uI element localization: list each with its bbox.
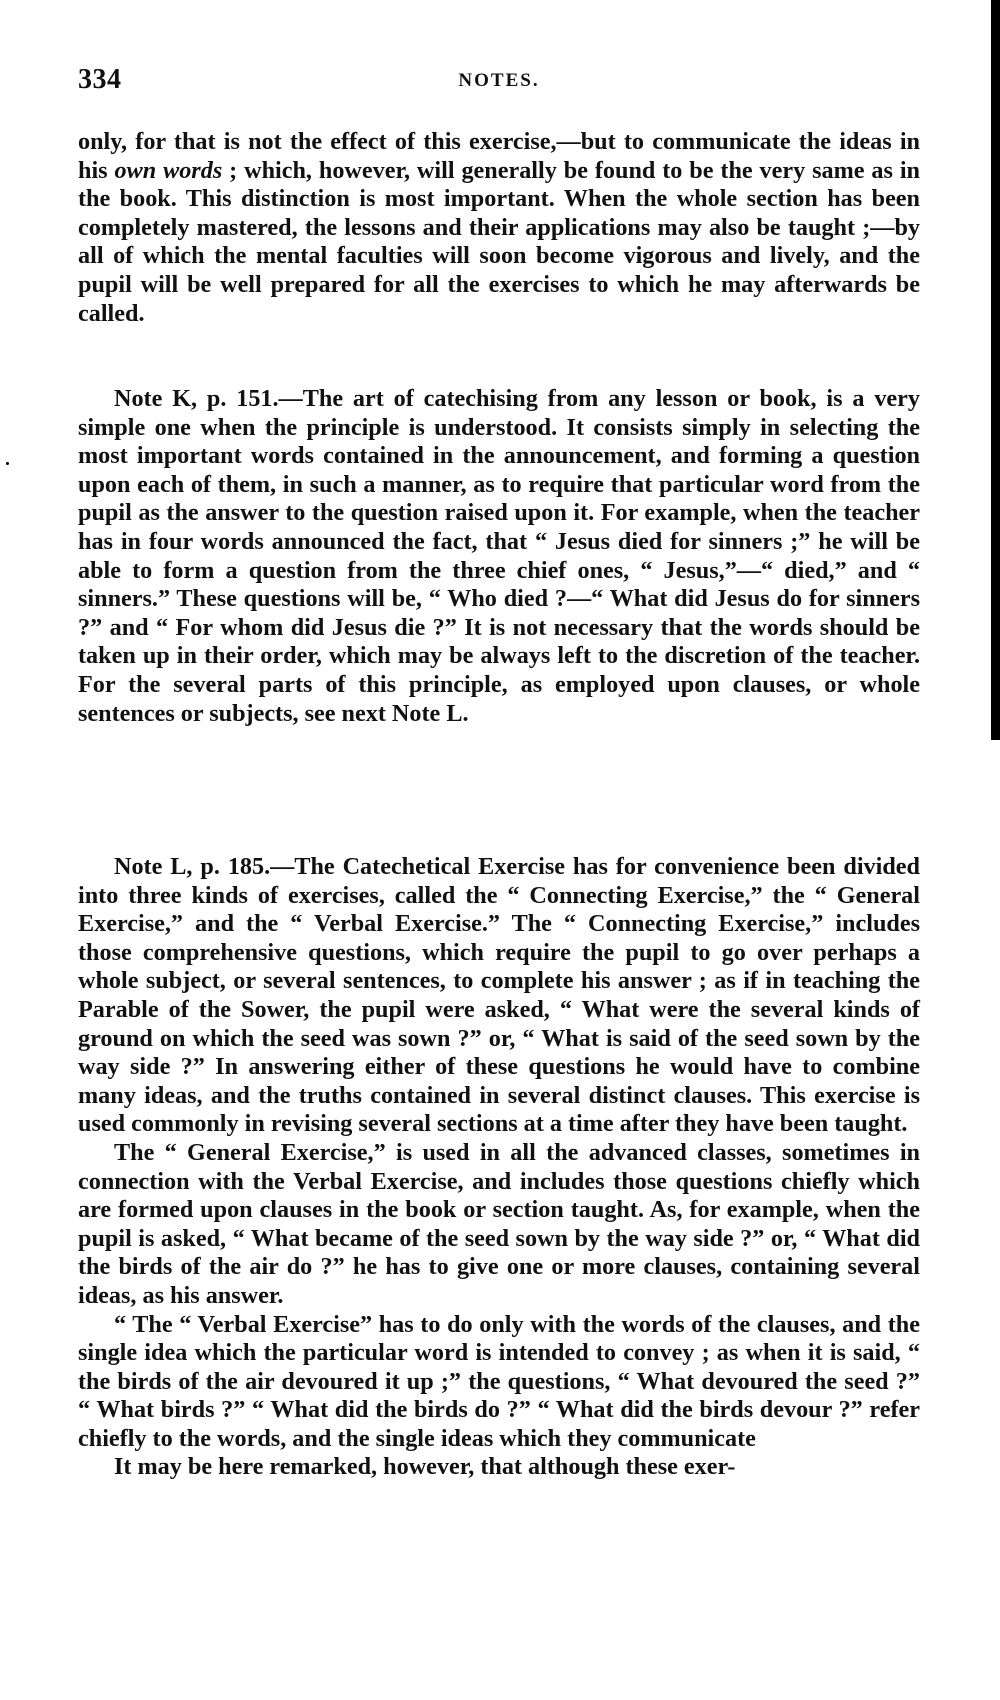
text-run: “ The “ Verbal Exercise” has to do only … [78, 1311, 920, 1452]
paragraph: The “ General Exercise,” is used in all … [78, 1139, 920, 1311]
note-k: Note K, p. 151.—The art of catechising f… [78, 385, 920, 728]
note-l: Note L, p. 185.—The Catechetical Exercis… [78, 853, 920, 1482]
paragraph: Note K, p. 151.—The art of catechising f… [78, 385, 920, 728]
text-run: The “ General Exercise,” is used in all … [78, 1139, 920, 1309]
continuation-paragraph: only, for that is not the effect of this… [78, 128, 920, 328]
scan-speck [6, 462, 9, 465]
page-edge-shadow [991, 0, 1000, 740]
text-run: It may be here remarked, however, that a… [114, 1453, 735, 1480]
text-run: Note L, p. 185.—The Catechetical Exercis… [78, 853, 920, 1137]
text-run: Note K, p. 151.—The art of catechising f… [78, 385, 920, 727]
book-page: 334 NOTES. only, for that is not the eff… [0, 0, 1000, 1700]
running-head: 334 NOTES. [78, 64, 920, 98]
paragraph: It may be here remarked, however, that a… [78, 1453, 920, 1482]
italic-text: own words [115, 157, 223, 184]
running-title: NOTES. [78, 70, 920, 92]
paragraph: Note L, p. 185.—The Catechetical Exercis… [78, 853, 920, 1139]
paragraph: “ The “ Verbal Exercise” has to do only … [78, 1311, 920, 1454]
paragraph: only, for that is not the effect of this… [78, 128, 920, 328]
